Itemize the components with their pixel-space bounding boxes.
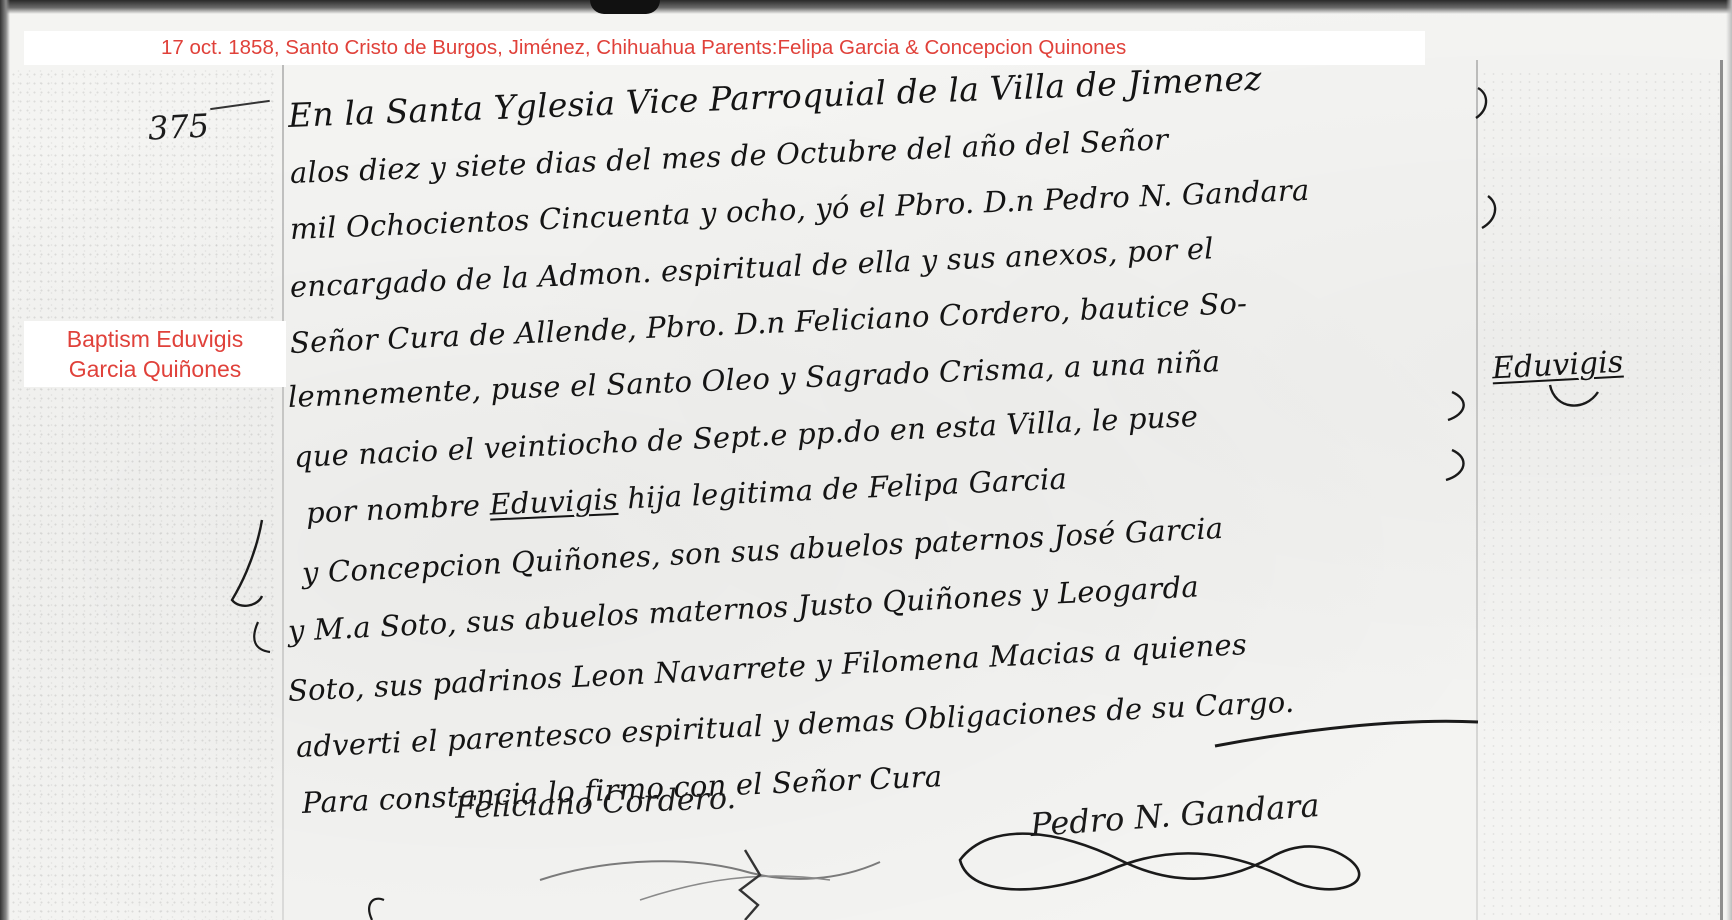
side-annotation: Baptism Eduvigis Garcia Quiñones (24, 321, 286, 387)
side-annotation-line2: Garcia Quiñones (69, 354, 242, 384)
ink-blot (590, 0, 660, 14)
paper-texture-left (10, 70, 275, 920)
signature-priest: Pedro N. Gandara (1029, 786, 1321, 844)
page-top-edge (0, 0, 1732, 14)
header-annotation-text: 17 oct. 1858, Santo Cristo de Burgos, Ji… (161, 36, 1126, 60)
child-name: Eduvigis (489, 482, 619, 522)
record-line: por nombre Eduvigis hija legitima de Fel… (305, 461, 1067, 530)
record-line: alos diez y siete dias del mes de Octubr… (289, 122, 1168, 190)
document-scan: 17 oct. 1858, Santo Cristo de Burgos, Ji… (0, 0, 1732, 920)
entry-number: 375 (147, 106, 210, 147)
left-margin-rule (282, 60, 284, 920)
side-annotation-line1: Baptism Eduvigis (67, 324, 243, 354)
record-line-text: hija legitima de Felipa Garcia (626, 461, 1067, 515)
page-right-edge (1726, 0, 1732, 920)
paper-texture-right (1480, 70, 1720, 920)
header-annotation: 17 oct. 1858, Santo Cristo de Burgos, Ji… (24, 31, 1425, 65)
page-left-edge (0, 0, 10, 920)
record-line-text: por nombre (305, 488, 481, 530)
right-margin-rule (1476, 60, 1478, 920)
margin-child-name: Eduvigis (1491, 345, 1624, 387)
page-border-rule (1720, 60, 1723, 920)
